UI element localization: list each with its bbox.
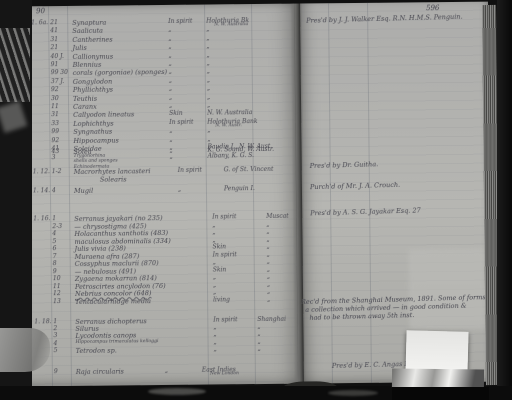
row-specimen-number: 6 [53,245,57,252]
row-locality: „ [267,280,270,287]
row-locality: „ [207,135,210,142]
row-taxon-name: Silurus [75,325,99,333]
row-condition: „ [213,273,216,280]
row-taxon-name: Trygonorhina [74,153,106,158]
row-specimen-number: 2-3 [52,223,62,230]
row-locality: „ [257,330,260,337]
row-specimen-number: 10 [53,275,61,282]
row-taxon-name: — nebulosus (491) [75,267,136,276]
row-taxon-name: Tentacularhidge media [75,297,151,306]
remark-line: Pres'd by J. J. Walker Esq. R.N. H.M.S. … [306,13,463,25]
row-condition: „ [168,35,171,42]
row-condition: In spirit [213,251,237,258]
row-condition: „ [169,52,172,59]
remark-annotation: Purch'd of Mr. J. A. Crouch. [310,181,400,191]
row-specimen-number: 92 [51,86,59,93]
row-condition: „ [168,43,171,50]
row-taxon-name: Julis [72,44,86,52]
row-condition: „ [213,324,216,331]
row-condition: „ [212,236,215,243]
row-specimen-number: 21 [50,19,58,26]
row-specimen-number: 21 [50,44,58,51]
ledger-book-spread: 90 1. 6a.21SynapturaIn spiritHolothuria … [26,2,492,387]
row-locality: „ [207,102,210,109]
row-taxon-name: Lophichthys [73,119,113,127]
row-condition: „ [169,102,172,109]
row-taxon-name: corals (gorgoniae) (sponges) [73,68,168,77]
row-locality: N. W. Australia [207,109,252,116]
row-condition: „ [169,93,172,100]
row-taxon-name: Blennius [73,61,102,69]
row-taxon-name: Callyodon lineatus [73,111,134,120]
row-taxon-name: Solearis [100,175,127,183]
row-taxon-name: Mugil [74,187,93,195]
book-clasp-shadow [392,387,489,400]
row-locality: „ [267,258,270,265]
row-taxon-name: Syngnathus [73,128,112,136]
row-locality: „ [267,273,270,280]
row-locality: „ [257,323,260,330]
row-specimen-number: 31 [50,36,58,43]
row-taxon-name: Cantherines [72,35,112,43]
row-locality: Baudin I., N. W. Aust. [207,143,272,151]
row-specimen-number: 41 [51,145,59,152]
row-specimen-number: 99 30 [51,69,68,76]
row-taxon-name: Muraena afra (287) [75,252,140,261]
row-specimen-number: 5 [52,238,56,245]
margin-register-code: 1. 14. [33,187,50,194]
margin-register-code: 1. 18. [34,318,51,325]
row-condition: „ [178,186,181,193]
row-condition: In spirit [168,18,192,25]
row-taxon-name: Raja circularis [76,367,124,376]
page-edge-streaks [0,101,27,133]
row-locality: „ [207,85,210,92]
row-condition: „ [212,221,215,228]
row-specimen-number: 99 [51,128,59,135]
row-condition: „ [214,345,217,352]
row-condition: Skin [169,110,183,117]
row-condition: „ [169,144,172,151]
row-condition: „ [170,152,173,159]
row-taxon-name: Serranus jayakari (no 235) [74,214,162,223]
row-condition: In spirit [213,316,237,323]
row-taxon-name: Hippocampus trimaculatus kelloggi [76,339,159,345]
right-page-number: 596 [426,4,439,12]
row-locality: „ [266,220,269,227]
row-taxon-name: Solea [74,148,92,156]
row-specimen-number: 4 [52,187,56,194]
margin-register-code: 1. 12. [33,168,50,175]
row-condition: „ [213,331,216,338]
row-taxon-name: shells and sponges [74,159,118,164]
column-rule [67,6,72,386]
row-locality: Holothuria Bank [207,118,257,126]
row-specimen-number: 91 [51,61,59,68]
row-specimen-number: 92 [51,137,59,144]
row-condition: „ [169,85,172,92]
row-taxon-name: Callionymus [73,52,114,60]
page-edge-streaks [0,28,30,102]
row-locality: „ [207,60,210,67]
row-specimen-number: 13 [53,298,61,305]
row-taxon-name: maculosus abdominalis (334) [74,236,170,245]
row-taxon-name: Teuthis [73,94,97,102]
row-specimen-number: 5 [54,347,58,354]
page-corner-highlight [0,328,50,372]
row-locality: Penguin I. [224,185,255,192]
row-locality: „ [266,235,269,242]
remark-line: Purch'd of Mr. J. A. Crouch. [310,181,400,191]
row-specimen-number: 11 [51,103,59,110]
row-taxon-name: Tetrodon sp. [76,346,117,354]
row-specimen-number: 8 [53,260,57,267]
row-condition: In spirit [212,213,236,220]
row-specimen-number: 9 [54,368,58,375]
row-locality: „ [267,295,270,302]
row-taxon-name: Petroscirtes ancylodon (76) [75,281,166,290]
row-locality-line2: N. W. Australia [214,22,248,27]
row-taxon-name: Echinodermata [74,164,110,169]
row-condition: Skin [213,243,227,250]
column-rule [48,6,53,386]
row-locality: „ [267,288,270,295]
book-clasp [392,369,484,389]
row-condition: „ [213,288,216,295]
row-specimen-number: 2 [53,325,57,332]
row-locality: Holothuria Bk [206,17,249,24]
row-specimen-number: 9 [53,268,57,275]
row-condition: „ [213,281,216,288]
row-specimen-number: 7 [53,253,57,260]
ledger-left-page: 90 1. 6a.21SynapturaIn spiritHolothuria … [26,4,298,387]
row-taxon-name: Phyllichthys [73,86,113,94]
column-rule [367,3,372,383]
margin-register-code: 1. 6a. [31,19,48,26]
surface-reflection [328,390,378,396]
row-specimen-number: 4 [52,230,56,237]
row-locality: „ [258,338,261,345]
column-rule [251,4,256,384]
row-locality: „ [258,345,261,352]
row-locality: Muscat [266,213,289,220]
row-locality-line2: N. W. Austr. [215,123,242,128]
row-condition: In spirit [178,167,202,174]
row-specimen-number: 30 [51,95,59,102]
row-taxon-name: Serranus dichopterus [75,317,146,326]
row-locality: „ [266,228,269,235]
row-condition: living [213,296,230,303]
remark-line: Pres'd by A. S. G. Jayakar Esq. 27 [310,206,421,217]
row-locality: „ [267,243,270,250]
row-locality: K. G. Sound, W. Austr. [208,146,275,154]
row-specimen-number: 37 J. [51,78,64,85]
row-taxon-name: Zygaena mokarran (814) [75,274,157,283]
row-locality: „ [207,127,210,134]
row-taxon-name: Hippocampus [73,136,118,144]
row-specimen-number: 4 [54,340,58,347]
row-condition: „ [169,60,172,67]
row-locality: „ [206,43,209,50]
row-locality: „ [267,265,270,272]
row-taxon-name: Gongylodon [73,77,112,85]
row-taxon-name: Holacanthus xanthotis (483) [74,229,168,238]
row-condition: „ [165,367,168,374]
row-specimen-number: 33 [51,120,59,127]
row-locality: „ [207,51,210,58]
row-taxon-name: Saalicuta [72,27,103,35]
row-specimen-number: 11 [53,283,61,290]
row-specimen-number: 41 [50,27,58,34]
row-condition: In spirit [169,118,193,125]
row-condition: Skin [213,266,227,273]
row-locality: „ [207,68,210,75]
row-specimen-number: 3 [53,333,57,340]
row-taxon-name: Nebrius concolor (648) [75,289,152,298]
row-taxon-name: Lycodontis canops [75,332,136,341]
row-taxon-name: Caranx [73,103,97,111]
row-locality: „ [207,76,210,83]
remark-annotation: Pres'd by J. J. Walker Esq. R.N. H.M.S. … [306,13,463,25]
row-locality: Albany, K. G. S. [208,152,255,159]
row-specimen-number: 12 [53,290,61,297]
left-page-number: 90 [36,7,45,15]
row-taxon-name: — chrysostigma (425) [74,222,146,231]
row-locality: „ [206,34,209,41]
row-taxon-name: Cossyphus maclurii (870) [75,259,159,268]
row-condition: „ [213,258,216,265]
row-condition: „ [169,135,172,142]
row-condition: „ [212,228,215,235]
row-locality-line2: New London [210,371,239,376]
column-rule [204,5,209,385]
surface-reflection [148,388,206,395]
row-specimen-number: 1 [52,215,56,222]
row-taxon-name: Synaptura [72,19,106,27]
row-taxon-name: Macrorhytes lancasteri [74,167,151,176]
row-condition: „ [214,338,217,345]
row-specimen-number: 1 [53,318,57,325]
book-cover-edge [497,0,512,400]
row-taxon-name: Soleidae [73,145,101,153]
remark-annotation: Pres'd by A. S. G. Jayakar Esq. 27 [310,206,421,217]
scanned-ledger-photo: 90 1. 6a.21SynapturaIn spiritHolothuria … [0,0,512,400]
row-taxon-name: Julis vivia (238) [75,244,126,253]
row-condition: „ [169,68,172,75]
row-locality: „ [207,93,210,100]
ledger-right-page: 596 Pres'd by J. J. Walker Esq. R.N. H.M… [300,2,492,384]
row-specimen-number: 1-2 [52,168,62,175]
row-locality: „ [267,250,270,257]
column-rule [328,3,333,383]
row-specimen-number: 31 [51,111,59,118]
row-condition: „ [169,127,172,134]
row-locality: „ [206,26,209,33]
blotting-sheet [409,249,486,330]
row-condition: „ [168,26,171,33]
margin-register-code: 1. 16. [33,215,50,222]
row-specimen-number: 43 [52,148,60,155]
row-specimen-number: 40 J. [51,53,64,60]
row-locality: G. of St. Vincent [224,166,274,174]
row-locality: Shanghai [257,316,286,323]
row-condition: „ [170,147,173,154]
row-specimen-number: 3 [52,154,56,161]
row-condition: „ [169,77,172,84]
